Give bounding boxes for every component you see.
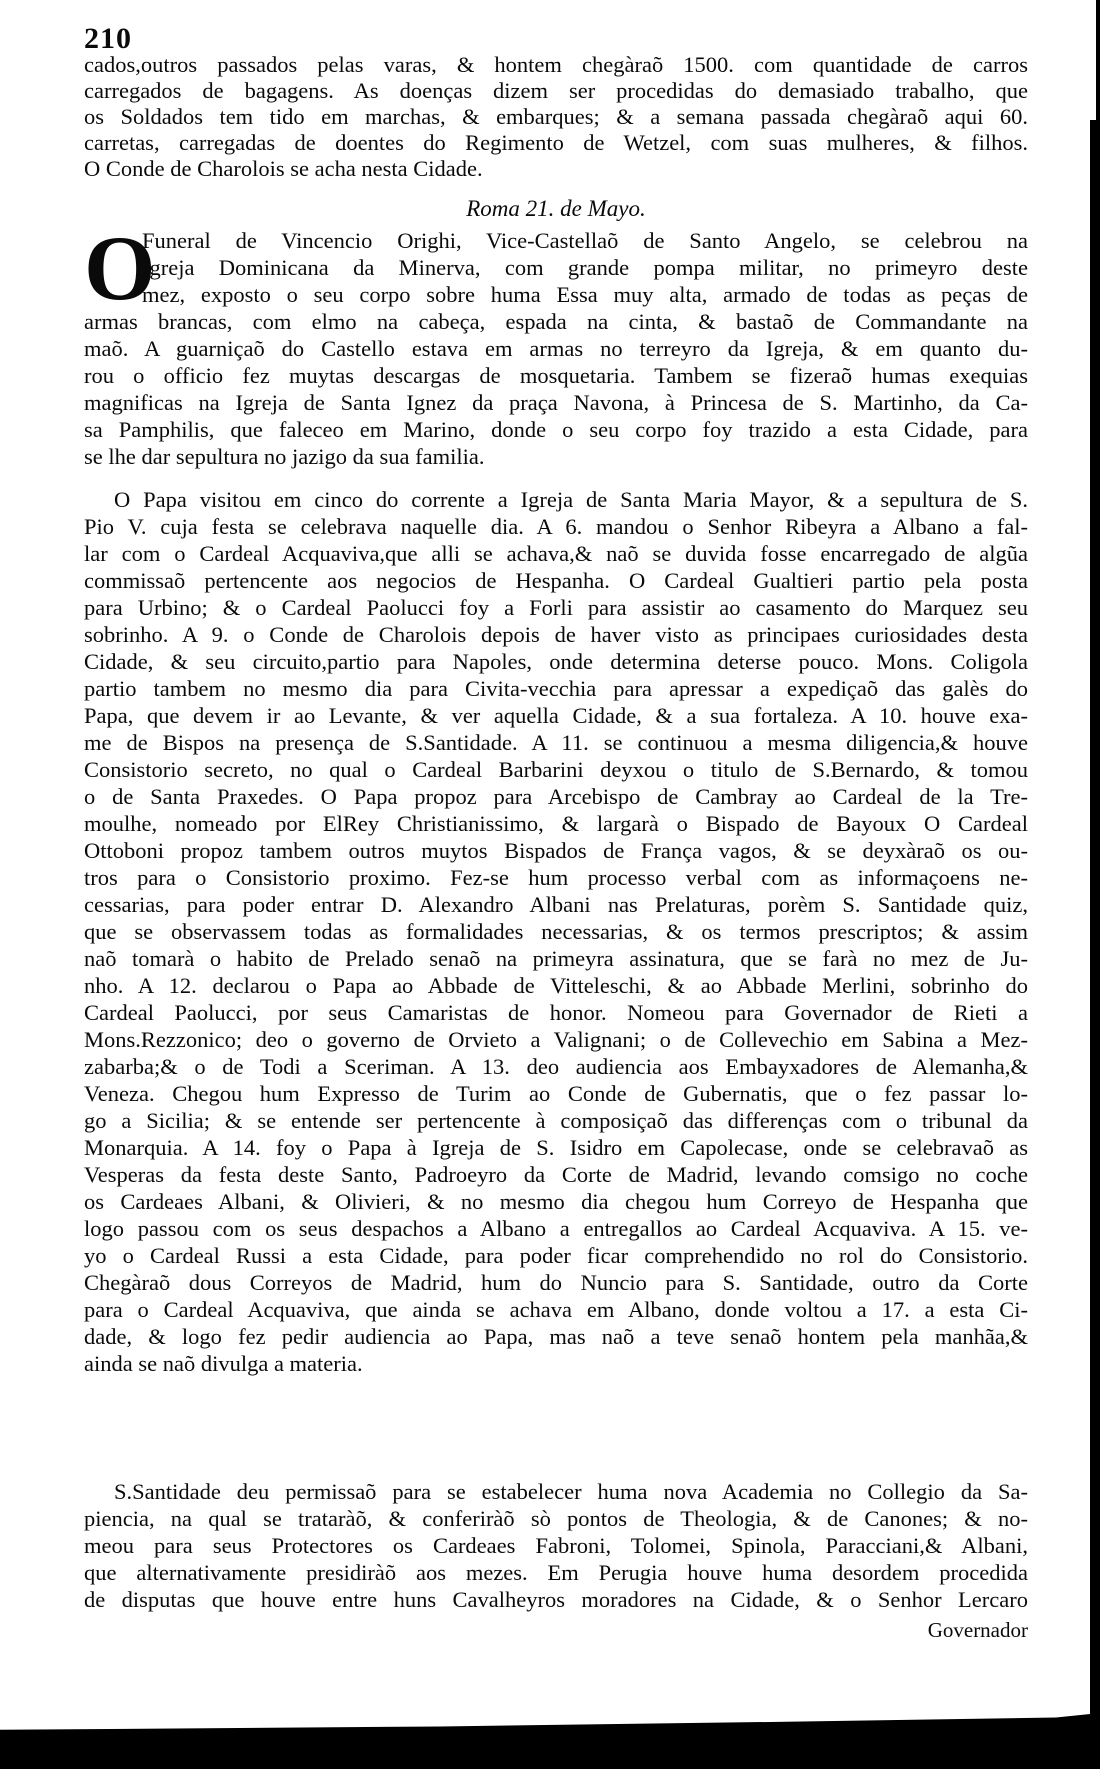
text-line: mez, exposto o seu corpo sobre huma Essa… xyxy=(84,282,1028,308)
newspaper-page: 210 cados,outros passados pelas varas, &… xyxy=(0,0,1100,1769)
text-line: os Cardeaes Albani, & Olivieri, & no mes… xyxy=(84,1189,1028,1215)
text-line: ainda se naõ divulga a materia. xyxy=(84,1351,1028,1377)
text-line: cados,outros passados pelas varas, & hon… xyxy=(84,52,1028,78)
page-number: 210 xyxy=(84,22,132,56)
text-line: naõ tomarà o habito de Prelado senaõ na … xyxy=(84,946,1028,972)
text-line: yo o Cardeal Russi a esta Cidade, para p… xyxy=(84,1243,1028,1269)
text-line: lar com o Cardeal Acquaviva,que alli se … xyxy=(84,541,1028,567)
text-line: commissaõ pertencente aos negocios de He… xyxy=(84,568,1028,594)
text-line: sa Pamphilis, que faleceo em Marino, don… xyxy=(84,417,1028,443)
text-line: Vesperas da festa deste Santo, Padroeyro… xyxy=(84,1162,1028,1188)
text-line: carregados de bagagens. As doenças dizem… xyxy=(84,78,1028,104)
text-line: logo passou com os seus despachos a Alba… xyxy=(84,1216,1028,1242)
text-line: Monarquia. A 14. foy o Papa à Igreja de … xyxy=(84,1135,1028,1161)
text-line: partio tambem no mesmo dia para Civita-v… xyxy=(84,676,1028,702)
text-line: magnificas na Igreja de Santa Ignez da p… xyxy=(84,390,1028,416)
text-line: Igreja Dominicana da Minerva, com grande… xyxy=(84,255,1028,281)
text-line: tros para o Consistorio proximo. Fez-se … xyxy=(84,865,1028,891)
text-line: me de Bispos na presença de S.Santidade.… xyxy=(84,730,1028,756)
text-line: carretas, carregadas de doentes do Regim… xyxy=(84,130,1028,156)
text-line: sobrinho. A 9. o Conde de Charolois depo… xyxy=(84,622,1028,648)
text-line: Funeral de Vincencio Orighi, Vice-Castel… xyxy=(84,228,1028,254)
text-line: Papa, que devem ir ao Levante, & ver aqu… xyxy=(84,703,1028,729)
text-line: para o Cardeal Acquaviva, que ainda se a… xyxy=(84,1297,1028,1323)
text-line: Pio V. cuja festa se celebrava naquelle … xyxy=(84,514,1028,540)
text-line: que alternativamente presidiràõ aos meze… xyxy=(84,1560,1028,1586)
text-line: maõ. A guarniçaõ do Castello estava em a… xyxy=(84,336,1028,362)
text-line: o de Santa Praxedes. O Papa propoz para … xyxy=(84,784,1028,810)
text-line: armas brancas, com elmo na cabeça, espad… xyxy=(84,309,1028,335)
catchword: Governador xyxy=(928,1618,1028,1643)
text-line: Cardeal Paolucci, por seus Camaristas de… xyxy=(84,1000,1028,1026)
text-line: go a Sicilia; & se entende ser pertencen… xyxy=(84,1108,1028,1134)
text-line: Consistorio secreto, no qual o Cardeal B… xyxy=(84,757,1028,783)
text-line: os Soldados tem tido em marchas, & embar… xyxy=(84,104,1028,130)
text-line: piencia, na qual se trataràõ, & conferir… xyxy=(84,1506,1028,1532)
text-line: Veneza. Chegou hum Expresso de Turim ao … xyxy=(84,1081,1028,1107)
text-line: dade, & logo fez pedir audiencia ao Papa… xyxy=(84,1324,1028,1350)
text-line: Ottoboni propoz tambem outros muytos Bis… xyxy=(84,838,1028,864)
text-line: O Papa visitou em cinco do corrente a Ig… xyxy=(84,487,1028,513)
scan-edge-right xyxy=(1090,120,1100,1769)
text-line: se lhe dar sepultura no jazigo da sua fa… xyxy=(84,444,1028,470)
text-line: Cidade, & seu circuito,partio para Napol… xyxy=(84,649,1028,675)
text-line: meou para seus Protectores os Cardeaes F… xyxy=(84,1533,1028,1559)
scan-edge-right-top xyxy=(1096,0,1100,120)
text-line: rou o officio fez muytas descargas de mo… xyxy=(84,363,1028,389)
text-line: Chegàraõ dous Correyos de Madrid, hum do… xyxy=(84,1270,1028,1296)
text-line: O Conde de Charolois se acha nesta Cidad… xyxy=(84,156,1028,182)
text-line: Mons.Rezzonico; deo o governo de Orvieto… xyxy=(84,1027,1028,1053)
text-line: nho. A 12. declarou o Papa ao Abbade de … xyxy=(84,973,1028,999)
text-line: moulhe, nomeado por ElRey Christianissim… xyxy=(84,811,1028,837)
text-line: que se observassem todas as formalidades… xyxy=(84,919,1028,945)
scan-edge-bottom xyxy=(0,1713,1100,1769)
text-line: para Urbino; & o Cardeal Paolucci foy a … xyxy=(84,595,1028,621)
text-line: de disputas que houve entre huns Cavalhe… xyxy=(84,1587,1028,1613)
text-line: zabarba;& o de Todi a Sceriman. A 13. de… xyxy=(84,1054,1028,1080)
dateline: Roma 21. de Mayo. xyxy=(84,196,1028,222)
text-line: S.Santidade deu permissaõ para se estabe… xyxy=(84,1479,1028,1505)
text-line: cessarias, para poder entrar D. Alexandr… xyxy=(84,892,1028,918)
